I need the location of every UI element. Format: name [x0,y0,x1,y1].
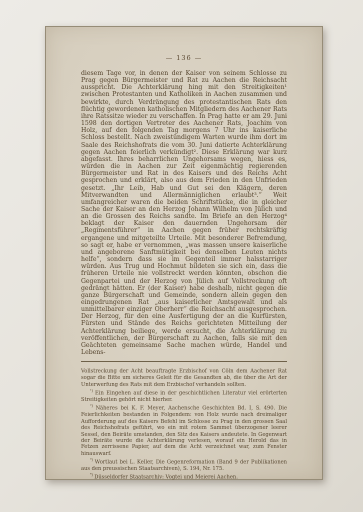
footnote-text: Düsseldorfer Staatsarchiv: Vogtei und Me… [94,475,238,481]
footnote-separator [81,361,287,362]
footnote-2: ²) Näheres bei K. F. Meyer, Aachensche G… [81,403,287,456]
footnote-text: Näheres bei K. F. Meyer, Aachensche Gesc… [81,406,287,456]
footnote-continuation: Vollstreckung der Acht beauftragte Erzbi… [81,366,287,388]
body-text: diesem Tage vor, in denen der Kaiser von… [81,70,287,356]
footnote-1: ¹) Ein Eingehen auf diese in der geschic… [81,388,287,403]
footnote-text: Wortlaut bei L. Keller, Die Gegenreforma… [81,460,287,472]
footnote-text: Vollstreckung der Acht beauftragte Erzbi… [81,369,287,388]
book-page: — 136 — diesem Tage vor, in denen der Ka… [45,26,323,480]
page-number: — 136 — [46,54,322,62]
footnote-4: ⁴) Düsseldorfer Staatsarchiv: Vogtei und… [81,472,287,481]
footnote-3: ³) Wortlaut bei L. Keller, Die Gegenrefo… [81,457,287,472]
footnote-text: Ein Eingehen auf diese in der geschichtl… [81,391,287,403]
footnotes-section: Vollstreckung der Acht beauftragte Erzbi… [81,366,287,481]
